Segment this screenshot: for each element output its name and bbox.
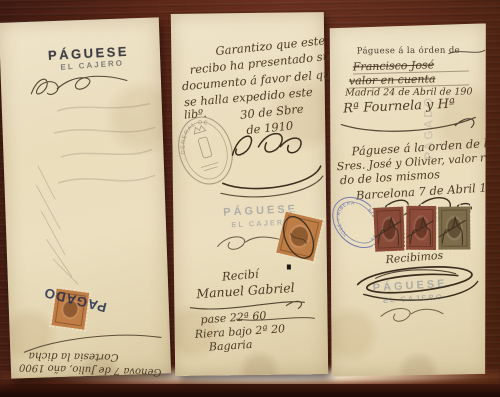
table-edge-shadow xyxy=(0,384,500,397)
seal-shield xyxy=(198,137,212,159)
printed-order-line: Páguese á la órden de xyxy=(357,46,460,57)
amount-line: Bagaria xyxy=(208,338,252,354)
left-document: PÁGUESE EL CAJERO PAGADO Cortesia la dic… xyxy=(0,17,171,378)
pencil-streak-marks xyxy=(28,158,93,290)
small-signature xyxy=(375,300,450,329)
pen-stroke xyxy=(447,47,487,57)
handwriting-line: 30 de Sbre xyxy=(239,102,304,122)
inverted-handwriting-line: Genova 7 de Julio, año 1900 xyxy=(19,361,162,377)
right-document: Páguese á la órden de Francisco José val… xyxy=(328,23,489,376)
pen-cancel-scribbles xyxy=(372,204,472,253)
signature-underline-flourish xyxy=(337,111,482,134)
ink-dot xyxy=(287,264,291,269)
oval-cancel-mark xyxy=(275,211,322,264)
middle-document: Garantizo que este recibo ha presentado … xyxy=(171,12,328,376)
recibi-text: Recibí xyxy=(221,267,259,284)
photo-of-documents: PÁGUESE EL CAJERO PAGADO Cortesia la dic… xyxy=(0,0,500,397)
large-signature xyxy=(220,124,326,203)
